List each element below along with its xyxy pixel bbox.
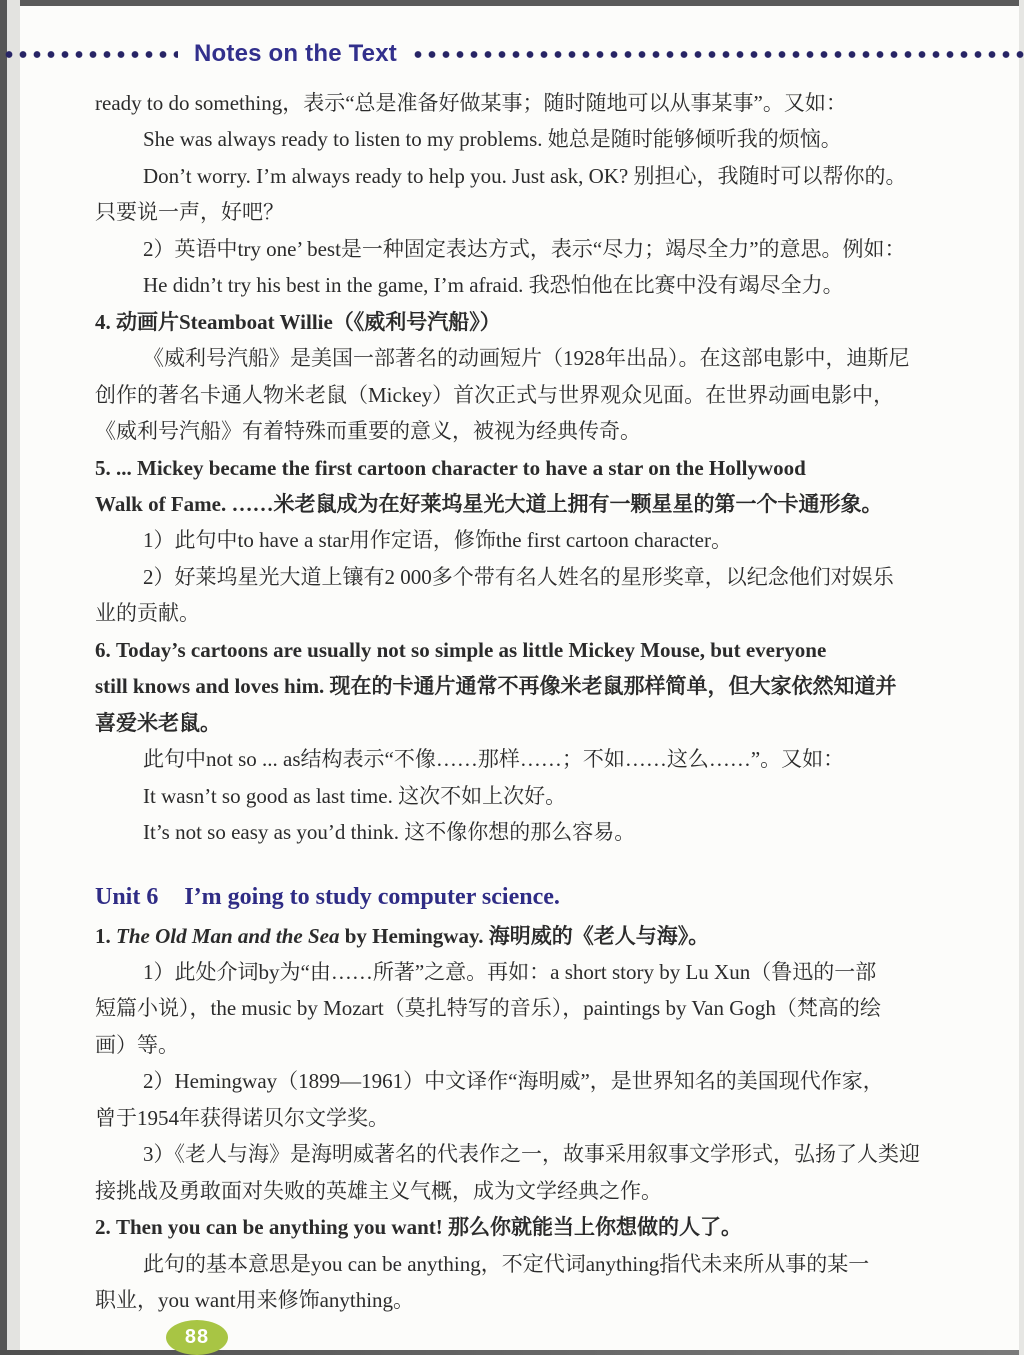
text-segment: 画）等。 <box>95 1033 179 1057</box>
text-segment: Unit 6 <box>95 884 158 910</box>
scan-edge-bottom <box>0 1350 1024 1355</box>
text-segment: 1. <box>95 924 116 948</box>
text-line: Don’t worry. I’m always ready to help yo… <box>95 158 974 194</box>
text-line: 1. The Old Man and the Sea by Hemingway.… <box>95 918 974 954</box>
text-line: 《威利号汽船》是美国一部著名的动画短片（1928年出品）。在这部电影中，迪斯尼 <box>95 340 974 376</box>
text-line: 2. Then you can be anything you want! 那么… <box>95 1209 974 1245</box>
text-line: It wasn’t so good as last time. 这次不如上次好。 <box>95 778 974 814</box>
text-segment: 2）好莱坞星光大道上镶有2 000多个带有名人姓名的星形奖章，以纪念他们对娱乐 <box>143 565 894 589</box>
text-segment: 3）《老人与海》是海明威著名的代表作之一，故事采用叙事文学形式，弘扬了人类迎 <box>143 1142 920 1166</box>
text-line: 6. Today’s cartoons are usually not so s… <box>95 632 974 668</box>
text-line: 2）英语中try one’ best是一种固定表达方式，表示“尽力；竭尽全力”的… <box>95 231 974 267</box>
section-header: Notes on the Text <box>2 40 1024 68</box>
dotted-rule-left <box>2 50 178 59</box>
text-segment: 此句的基本意思是you can be anything，不定代词anything… <box>143 1252 869 1276</box>
text-segment: It’s not so easy as you’d think. 这不像你想的那… <box>143 820 635 844</box>
text-segment: 《威利号汽船》是美国一部著名的动画短片（1928年出品）。在这部电影中，迪斯尼 <box>143 346 910 370</box>
text-line: It’s not so easy as you’d think. 这不像你想的那… <box>95 814 974 850</box>
text-segment: 1）此句中to have a star用作定语，修饰the first cart… <box>143 528 732 552</box>
text-segment: 喜爱米老鼠。 <box>95 711 221 735</box>
unit-heading: Unit 6I’m going to study computer scienc… <box>95 877 974 918</box>
text-segment: ready to do something，表示“总是准备好做某事；随时随地可以… <box>95 91 847 115</box>
text-segment: 创作的著名卡通人物米老鼠（Mickey）首次正式与世界观众见面。在世界动画电影中… <box>95 383 894 407</box>
text-line: 职业，you want用来修饰anything。 <box>95 1282 974 1318</box>
text-segment: by Hemingway. 海明威的《老人与海》。 <box>339 924 709 948</box>
text-segment: The Old Man and the Sea <box>116 924 339 948</box>
text-line: still knows and loves him. 现在的卡通片通常不再像米老… <box>95 668 974 704</box>
text-line: Walk of Fame. ……米老鼠成为在好莱坞星光大道上拥有一颗星星的第一个… <box>95 486 974 522</box>
text-line: 画）等。 <box>95 1027 974 1063</box>
text-segment: 接挑战及勇敢面对失败的英雄主义气概，成为文学经典之作。 <box>95 1179 662 1203</box>
text-segment: Walk of Fame. ……米老鼠成为在好莱坞星光大道上拥有一颗星星的第一个… <box>95 492 883 516</box>
text-line: 喜爱米老鼠。 <box>95 705 974 741</box>
dotted-rule-right <box>411 50 1024 59</box>
text-line: 5. ... Mickey became the first cartoon c… <box>95 450 974 486</box>
text-segment: She was always ready to listen to my pro… <box>143 127 842 151</box>
text-line: 业的贡献。 <box>95 595 974 631</box>
text-segment: 《威利号汽船》有着特殊而重要的意义，被视为经典传奇。 <box>95 419 641 443</box>
text-line: He didn’t try his best in the game, I’m … <box>95 267 974 303</box>
text-segment: 短篇小说），the music by Mozart（莫扎特写的音乐），paint… <box>95 996 881 1020</box>
text-segment: 1）此处介词by为“由……所著”之意。再如：a short story by L… <box>143 960 876 984</box>
section-title: Notes on the Text <box>194 40 397 68</box>
text-segment: 业的贡献。 <box>95 601 200 625</box>
text-line: 此句的基本意思是you can be anything，不定代词anything… <box>95 1246 974 1282</box>
text-segment: It wasn’t so good as last time. 这次不如上次好。 <box>143 784 566 808</box>
page-number: 88 <box>185 1326 209 1349</box>
text-line: ready to do something，表示“总是准备好做某事；随时随地可以… <box>95 85 974 121</box>
text-segment: 职业，you want用来修饰anything。 <box>95 1288 414 1312</box>
text-line: 2）好莱坞星光大道上镶有2 000多个带有名人姓名的星形奖章，以纪念他们对娱乐 <box>95 559 974 595</box>
text-line: 曾于1954年获得诺贝尔文学奖。 <box>95 1100 974 1136</box>
text-line: 1）此处介词by为“由……所著”之意。再如：a short story by L… <box>95 954 974 990</box>
text-segment: 2）Hemingway（1899—1961）中文译作“海明威”，是世界知名的美国… <box>143 1069 884 1093</box>
scan-edge-top <box>0 0 1024 6</box>
text-segment: 5. ... Mickey became the first cartoon c… <box>95 456 806 480</box>
text-line: 短篇小说），the music by Mozart（莫扎特写的音乐），paint… <box>95 990 974 1026</box>
text-line: 4. 动画片Steamboat Willie（《威利号汽船》） <box>95 304 974 340</box>
text-line: 2）Hemingway（1899—1961）中文译作“海明威”，是世界知名的美国… <box>95 1063 974 1099</box>
text-segment: 2. Then you can be anything you want! 那么… <box>95 1215 742 1239</box>
text-segment: I’m going to study computer science. <box>184 884 560 910</box>
text-segment: 4. 动画片Steamboat Willie（《威利号汽船》） <box>95 310 501 334</box>
text-segment: Don’t worry. I’m always ready to help yo… <box>143 164 906 188</box>
text-segment: still knows and loves him. 现在的卡通片通常不再像米老… <box>95 674 897 698</box>
text-segment: 2）英语中try one’ best是一种固定表达方式，表示“尽力；竭尽全力”的… <box>143 237 906 261</box>
scan-edge-left <box>0 0 7 1355</box>
text-line: 创作的著名卡通人物米老鼠（Mickey）首次正式与世界观众见面。在世界动画电影中… <box>95 377 974 413</box>
text-line: 1）此句中to have a star用作定语，修饰the first cart… <box>95 522 974 558</box>
text-line: 《威利号汽船》有着特殊而重要的意义，被视为经典传奇。 <box>95 413 974 449</box>
text-line: 3）《老人与海》是海明威著名的代表作之一，故事采用叙事文学形式，弘扬了人类迎 <box>95 1136 974 1172</box>
text-line: She was always ready to listen to my pro… <box>95 121 974 157</box>
text-line: 只要说一声，好吧？ <box>95 194 974 230</box>
text-line: 接挑战及勇敢面对失败的英雄主义气概，成为文学经典之作。 <box>95 1173 974 1209</box>
text-segment: 6. Today’s cartoons are usually not so s… <box>95 638 826 662</box>
text-segment: 曾于1954年获得诺贝尔文学奖。 <box>95 1106 389 1130</box>
text-segment: 此句中not so ... as结构表示“不像……那样……；不如……这么……”。… <box>143 747 844 771</box>
text-segment: 只要说一声，好吧？ <box>95 200 284 224</box>
scan-edge-left-shadow <box>7 0 20 1355</box>
page-number-badge: 88 <box>166 1320 228 1355</box>
text-line: 此句中not so ... as结构表示“不像……那样……；不如……这么……”。… <box>95 741 974 777</box>
notes-content: ready to do something，表示“总是准备好做某事；随时随地可以… <box>95 85 974 1319</box>
scan-edge-right <box>1019 0 1024 1355</box>
text-segment: He didn’t try his best in the game, I’m … <box>143 273 844 297</box>
textbook-page: Notes on the Text ready to do something，… <box>0 0 1024 1355</box>
